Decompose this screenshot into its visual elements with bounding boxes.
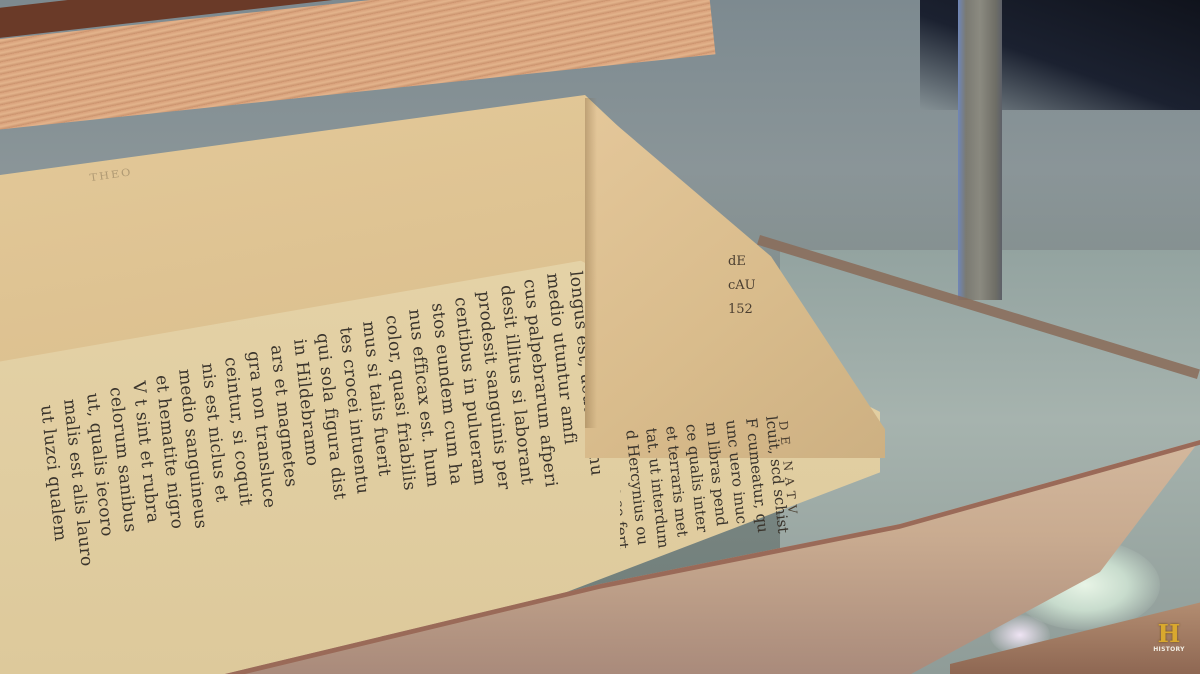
folded-corner-marks: dE cAU 152 — [728, 250, 756, 322]
watermark-label: HISTORY — [1149, 646, 1189, 653]
history-logo-icon: H — [1149, 622, 1189, 646]
display-case-pole — [958, 0, 1002, 300]
fold-crease-shadow — [585, 98, 597, 428]
fold-mark: dE — [728, 250, 756, 274]
photo-scene: ᵀᴴᴱᴼ longus est, ucut r uenu medio utunt… — [0, 0, 1200, 674]
page-number: 152 — [728, 298, 756, 322]
history-channel-watermark: H HISTORY — [1149, 622, 1189, 653]
fold-mark: cAU — [728, 274, 756, 298]
